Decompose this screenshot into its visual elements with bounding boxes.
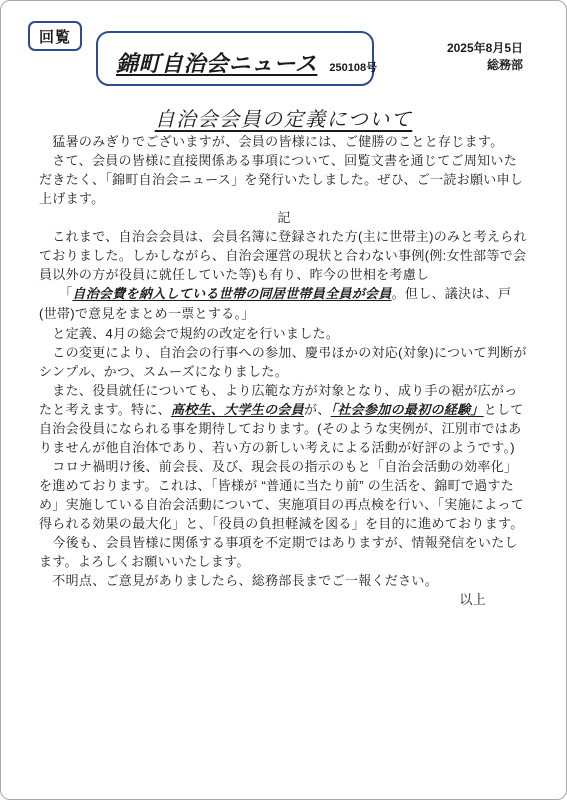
newsletter-title-box: 錦町自治会ニュース 250108号 [96, 31, 374, 86]
issue-date: 2025年8月5日 [447, 40, 523, 57]
efficiency-paragraph: コロナ禍明け後、前会長、及び、現会長の指示のもと「自治会活動の効率化」を進めてお… [39, 457, 529, 533]
students-emphasis: 高校生、大学生の会員 [171, 402, 304, 417]
document-body: 猛暑のみぎりでございますが、会員の皆様には、ご健勝のことと存じます。 さて、会員… [1, 132, 566, 609]
circulation-stamp-box: 回覧 [28, 21, 82, 51]
greeting-paragraph: 猛暑のみぎりでございますが、会員の皆様には、ご健勝のことと存じます。 [39, 132, 529, 151]
effect-paragraph: この変更により、自治会の行事への参加、慶弔ほかの対応(対象)について判断がシンプ… [39, 343, 529, 381]
department-name: 総務部 [447, 57, 523, 74]
background-paragraph: これまで、自治会会員は、会員名簿に登録された方(主に世帯主)のみと考えられており… [39, 227, 529, 284]
ki-marker: 記 [39, 208, 529, 227]
quote-prefix: 「 [39, 286, 72, 301]
intro-paragraph: さて、会員の皆様に直接関係ある事項について、回覧文書を通じてご周知いただきたく、… [39, 151, 529, 208]
date-block: 2025年8月5日 総務部 [447, 40, 523, 74]
page-title: 自治会会員の定義について [155, 109, 413, 131]
officer-paragraph: また、役員就任についても、より広範な方が対象となり、成り手の裾が広がったと考えま… [39, 381, 529, 457]
officer-text-mid: が、 [304, 402, 331, 417]
newsletter-title: 錦町自治会ニュース [116, 47, 317, 78]
contact-paragraph: 不明点、ご意見がありましたら、総務部長までご一報ください。 [39, 571, 529, 590]
document-page: 回覧 錦町自治会ニュース 250108号 2025年8月5日 総務部 自治会会員… [0, 0, 567, 800]
closing-marker: 以上 [39, 590, 529, 609]
experience-emphasis: 「社会参加の最初の経験」 [331, 402, 484, 417]
definition-emphasis: 自治会費を納入している世帯の同居世帯員全員が会員 [72, 286, 391, 301]
definition-quote: 「自治会費を納入している世帯の同居世帯員全員が会員。但し、議決は、戸(世帯)で意… [39, 284, 529, 324]
issue-number: 250108号 [329, 59, 377, 75]
future-info-paragraph: 今後も、会員皆様に関係する事項を不定期ではありますが、情報発信をいたします。よろ… [39, 533, 529, 571]
circulation-label: 回覧 [39, 26, 71, 47]
definition-note: と定義、4月の総会で規約の改定を行いました。 [39, 324, 529, 343]
